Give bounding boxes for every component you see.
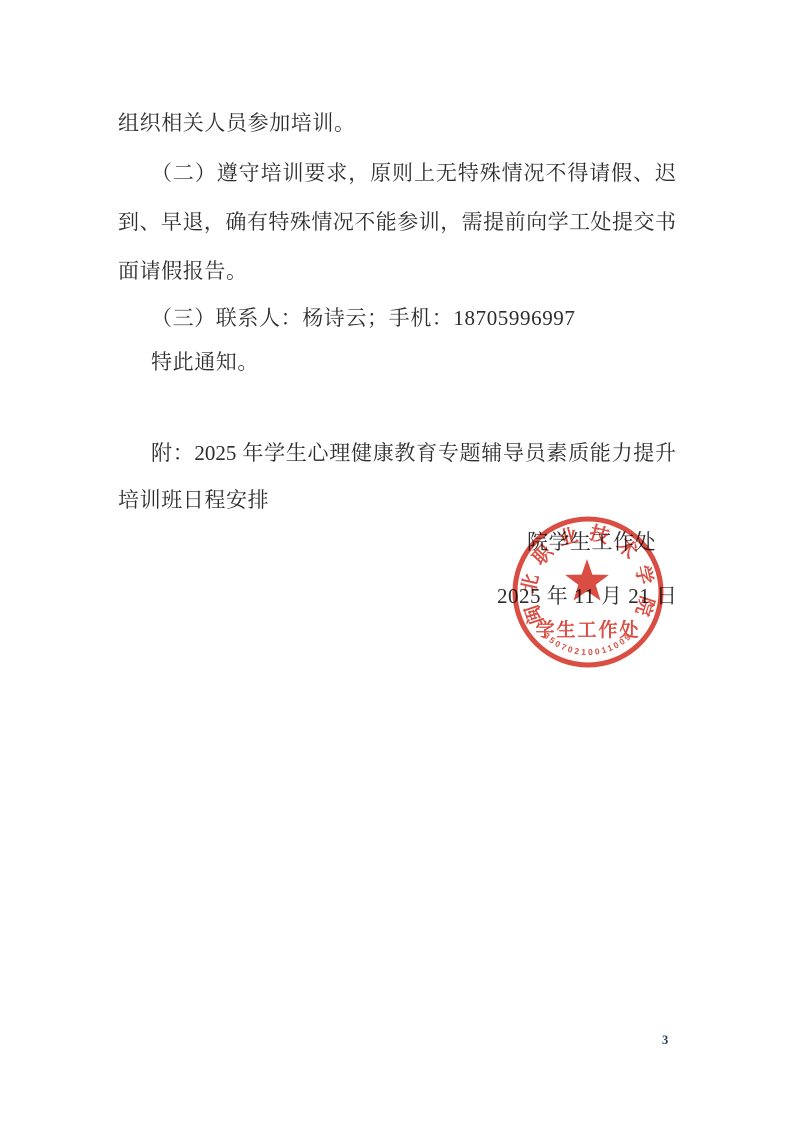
body-line: 到、早退，确有特殊情况不能参训，需提前向学工处提交书 [118,209,676,235]
seal-office-text: 学生工作处 [535,618,640,641]
body-line: 面请假报告。 [118,258,676,284]
body-line-attachment: 培训班日程安排 [118,487,676,513]
body-line-attachment: 附：2025 年学生心理健康教育专题辅导员素质能力提升 [118,440,676,466]
signature-department: 院学生工作处 [527,526,656,556]
body-line-contact: （三）联系人：杨诗云；手机：18705996997 [118,305,676,331]
document-page: 组织相关人员参加培训。 （二）遵守培训要求，原则上无特殊情况不得请假、迟 到、早… [0,0,794,1123]
body-line: （二）遵守培训要求，原则上无特殊情况不得请假、迟 [118,160,676,186]
body-line: 特此通知。 [118,349,676,375]
signature-date: 2025 年 11 月 21 日 [497,580,677,610]
page-number: 3 [662,1033,668,1048]
seal-serial-number: 35070210011009 [542,630,634,657]
body-line: 组织相关人员参加培训。 [118,110,676,136]
